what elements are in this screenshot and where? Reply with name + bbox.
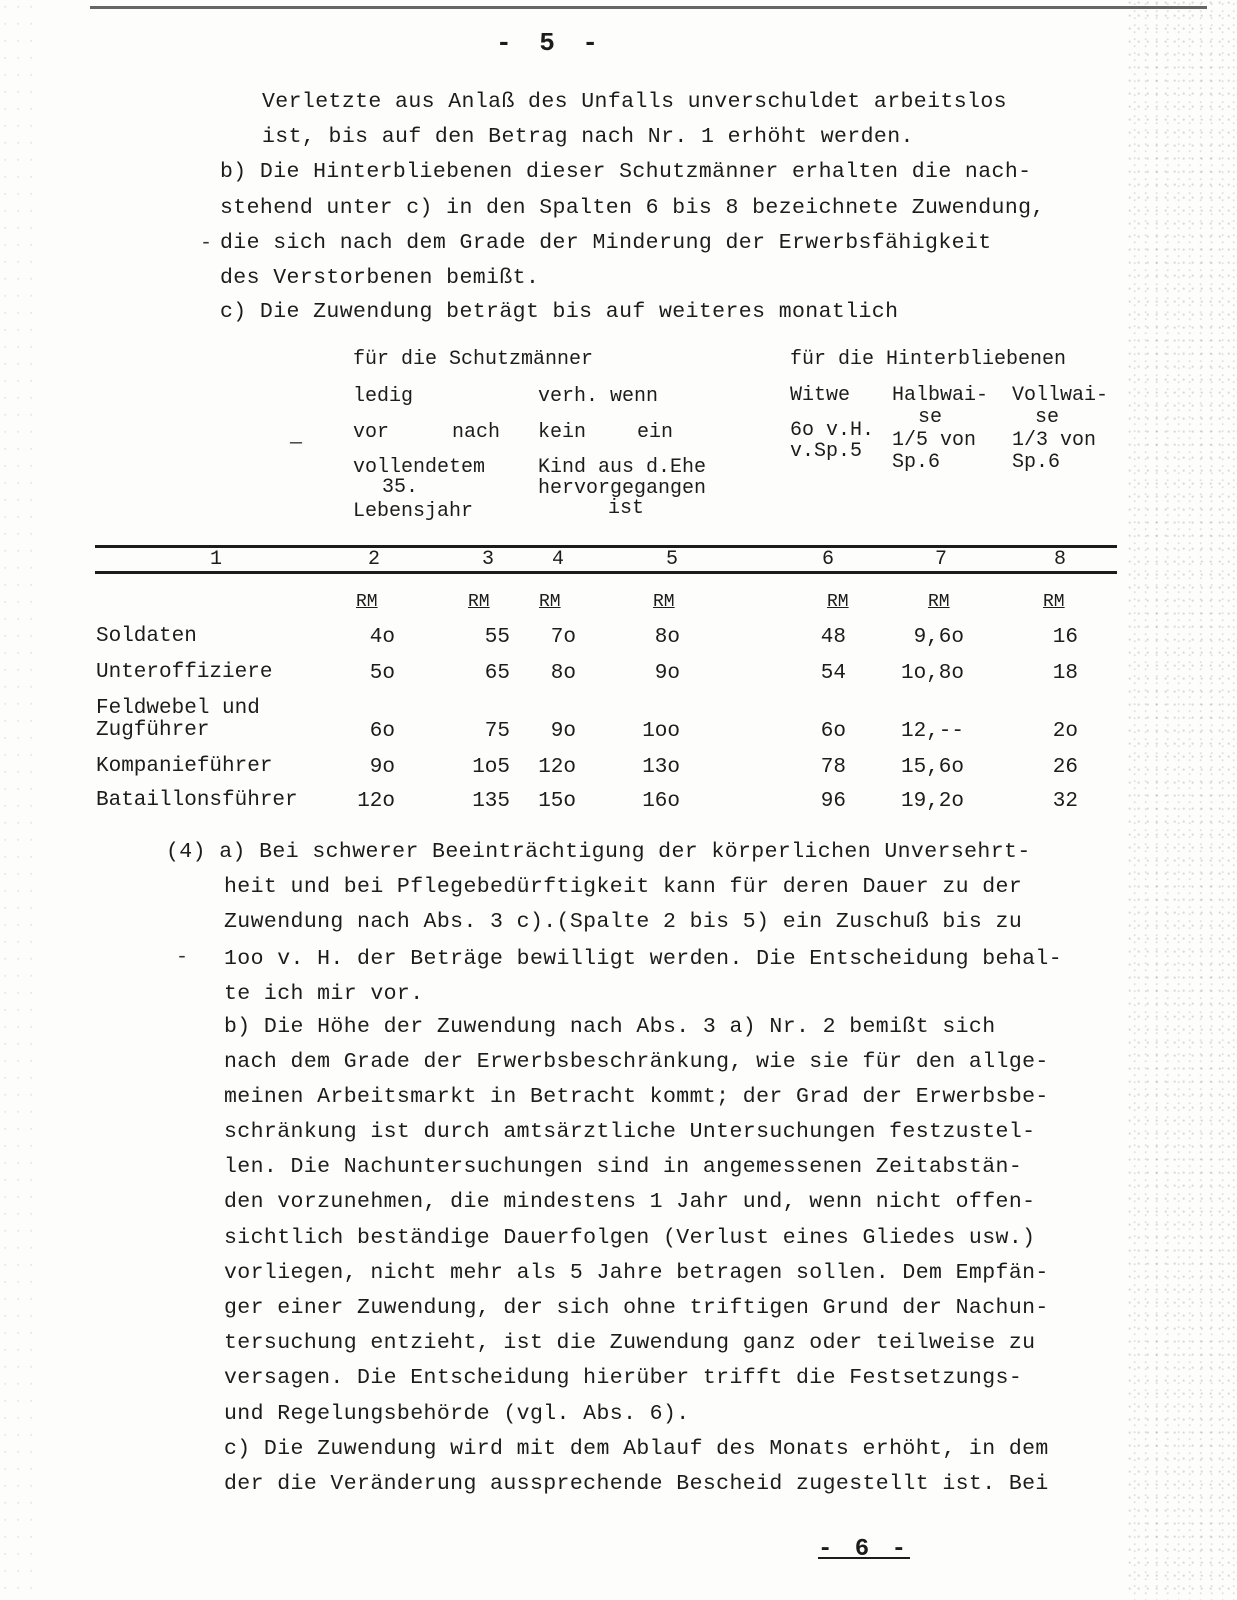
table-cell: 9,6o	[874, 626, 964, 649]
intro-line: c) Die Zuwendung beträgt bis auf weitere…	[220, 300, 898, 324]
body-line: schränkung ist durch amtsärztliche Unter…	[224, 1120, 1035, 1144]
unit-label: RM	[1043, 592, 1065, 612]
header-witwe-detail-2: v.Sp.5	[790, 442, 862, 462]
body-line: nach dem Grade der Erwerbsbeschränkung, …	[224, 1050, 1049, 1074]
header-age: 35.	[382, 478, 418, 498]
unit-label: RM	[827, 592, 849, 612]
header-witwe: Witwe	[790, 386, 850, 406]
header-verh-wenn: verh. wenn	[538, 387, 658, 407]
column-number: 5	[666, 548, 678, 571]
header-halbwaise-detail-1: 1/5 von	[892, 431, 976, 451]
header-vollwaise-se: se	[1035, 408, 1059, 428]
header-hinterbliebene: für die Hinterbliebenen	[790, 350, 1066, 370]
table-cell: 26	[988, 756, 1078, 779]
column-number: 7	[935, 548, 947, 571]
table-cell: 12o	[486, 756, 576, 779]
scan-noise-left	[0, 0, 40, 1600]
table-cell: 12o	[305, 790, 395, 813]
margin-dash-mark: -	[200, 232, 212, 255]
column-number: 1	[210, 548, 222, 571]
table-cell: 13o	[590, 756, 680, 779]
body-line: versagen. Die Entscheidung hierüber trif…	[224, 1366, 1022, 1390]
header-ist: ist	[608, 499, 644, 519]
header-vollwaise-detail-2: Sp.6	[1012, 453, 1060, 473]
table-cell: 15o	[486, 790, 576, 813]
unit-label: RM	[468, 592, 490, 612]
body-line: sichtlich beständige Dauerfolgen (Verlus…	[224, 1226, 1035, 1250]
body-line: len. Die Nachuntersuchungen sind in ange…	[224, 1155, 1022, 1179]
column-number: 8	[1054, 548, 1066, 571]
body-line: meinen Arbeitsmarkt in Betracht kommt; d…	[224, 1085, 1049, 1109]
header-vor: vor	[353, 423, 389, 443]
table-cell: 1oo	[590, 720, 680, 743]
table-cell: 16o	[590, 790, 680, 813]
intro-line: Verletzte aus Anlaß des Unfalls unversch…	[262, 90, 1007, 114]
table-cell: 2o	[988, 720, 1078, 743]
intro-line: des Verstorbenen bemißt.	[220, 266, 539, 290]
table-rule-top	[95, 545, 1117, 548]
column-number: 2	[368, 548, 380, 571]
body-line: vorliegen, nicht mehr als 5 Jahre betrag…	[224, 1261, 1049, 1285]
header-halbwaise-detail-2: Sp.6	[892, 453, 940, 473]
table-cell: 54	[756, 662, 846, 685]
header-halbwaise-se: se	[918, 408, 942, 428]
unit-label: RM	[356, 592, 378, 612]
row-label: Soldaten	[96, 626, 197, 648]
header-hervorgegangen: hervorgegangen	[538, 479, 706, 499]
table-cell: 1o,8o	[874, 662, 964, 685]
table-cell: 96	[756, 790, 846, 813]
table-cell: 15,6o	[874, 756, 964, 779]
table-cell: 7o	[486, 626, 576, 649]
header-kein: kein	[538, 423, 586, 443]
row-label: Kompanieführer	[96, 756, 272, 778]
header-halbwaise: Halbwai-	[892, 386, 988, 406]
table-rule-bottom	[95, 571, 1117, 574]
table-cell: 48	[756, 626, 846, 649]
body-line: heit und bei Pflegebedürftigkeit kann fü…	[224, 875, 1022, 899]
page-number-header: - 5 -	[496, 28, 604, 58]
body-line: te ich mir vor.	[224, 982, 424, 1006]
scan-edge-rule	[90, 6, 1207, 9]
column-number: 6	[822, 548, 834, 571]
column-number: 4	[552, 548, 564, 571]
body-line: (4) a) Bei schwerer Beeinträchtigung der…	[166, 840, 1031, 864]
body-line: tersuchung entzieht, ist die Zuwendung g…	[224, 1331, 1035, 1355]
header-kind: Kind aus d.Ehe	[538, 458, 706, 478]
table-cell: 8o	[590, 626, 680, 649]
table-cell: 78	[756, 756, 846, 779]
table-cell: 9o	[590, 662, 680, 685]
header-lebensjahr: Lebensjahr	[353, 502, 473, 522]
table-cell: 8o	[486, 662, 576, 685]
unit-label: RM	[539, 592, 561, 612]
intro-line: ist, bis auf den Betrag nach Nr. 1 erhöh…	[262, 125, 914, 149]
body-line: ger einer Zuwendung, der sich ohne trift…	[224, 1296, 1049, 1320]
table-cell: 5o	[305, 662, 395, 685]
body-line: c) Die Zuwendung wird mit dem Ablauf des…	[224, 1437, 1049, 1461]
column-number: 3	[482, 548, 494, 571]
body-line: Zuwendung nach Abs. 3 c).(Spalte 2 bis 5…	[224, 910, 1022, 934]
body-line: den vorzunehmen, die mindestens 1 Jahr u…	[224, 1190, 1035, 1214]
unit-label: RM	[653, 592, 675, 612]
unit-label: RM	[928, 592, 950, 612]
header-ledig: ledig	[353, 387, 413, 407]
table-cell: 19,2o	[874, 790, 964, 813]
table-cell: 18	[988, 662, 1078, 685]
margin-dash-mark: —	[290, 432, 302, 455]
body-line: 1oo v. H. der Beträge bewilligt werden. …	[224, 947, 1062, 971]
row-label: Bataillonsführer	[96, 790, 298, 812]
table-cell: 12,--	[874, 720, 964, 743]
header-nach: nach	[452, 423, 500, 443]
body-line: b) Die Höhe der Zuwendung nach Abs. 3 a)…	[224, 1015, 996, 1039]
header-ein: ein	[637, 423, 673, 443]
table-cell: 6o	[305, 720, 395, 743]
table-cell: 4o	[305, 626, 395, 649]
header-vollendetem: vollendetem	[353, 458, 485, 478]
row-label: Unteroffiziere	[96, 662, 272, 684]
header-schutzmaenner: für die Schutzmänner	[353, 350, 593, 370]
intro-line: stehend unter c) in den Spalten 6 bis 8 …	[220, 196, 1045, 220]
body-line: der die Veränderung aussprechende Besche…	[224, 1472, 1049, 1496]
table-cell: 9o	[486, 720, 576, 743]
scan-noise-right	[1127, 0, 1237, 1600]
page-number-footer: - 6 -	[818, 1536, 910, 1563]
header-vollwaise-detail-1: 1/3 von	[1012, 431, 1096, 451]
table-cell: 16	[988, 626, 1078, 649]
intro-line: die sich nach dem Grade der Minderung de…	[220, 231, 992, 255]
intro-line: b) Die Hinterbliebenen dieser Schutzmänn…	[220, 160, 1031, 184]
margin-dash-mark: -	[176, 946, 188, 969]
table-cell: 9o	[305, 756, 395, 779]
body-line: und Regelungsbehörde (vgl. Abs. 6).	[224, 1402, 690, 1426]
table-cell: 6o	[756, 720, 846, 743]
header-witwe-detail-1: 6o v.H.	[790, 421, 874, 441]
header-vollwaise: Vollwai-	[1012, 386, 1108, 406]
table-cell: 32	[988, 790, 1078, 813]
row-label: Feldwebel und Zugführer	[96, 698, 260, 742]
